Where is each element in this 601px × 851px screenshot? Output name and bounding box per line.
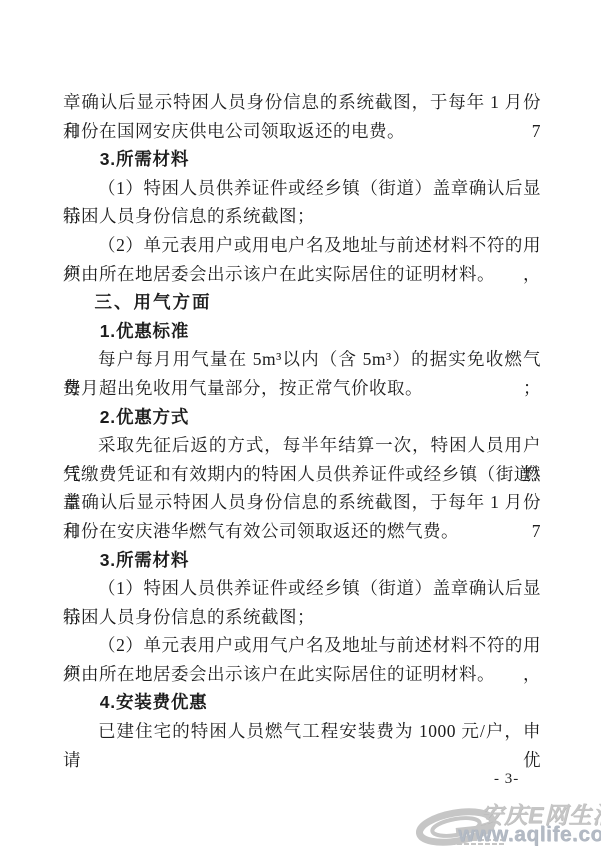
watermark-site-url: www.aqlife.com	[458, 823, 601, 847]
line-electricity-material-1b: 特困人员身份信息的系统截图；	[63, 202, 541, 231]
line-electricity-material-1a: （1）特困人员供养证件或经乡镇（街道）盖章确认后显示	[63, 174, 541, 203]
heading-required-materials-gas: 3.所需材料	[63, 546, 541, 575]
line-gas-material-2a: （2）单元表用户或用气户名及地址与前述材料不符的用户，	[63, 631, 541, 660]
line-gas-method-1: 采取先征后返的方式，每半年结算一次，特困人员用户凭燃	[63, 431, 541, 460]
heading-installation-fee-discount: 4.安装费优惠	[63, 688, 541, 717]
heading-discount-standard: 1.优惠标准	[63, 317, 541, 346]
document-page: { "document": { "lines": [ { "text": "章确…	[0, 0, 601, 851]
document-body: 章确认后显示特困人员身份信息的系统截图，于每年 1 月份和 7 月份在国网安庆供…	[63, 88, 541, 746]
section-heading-gas: 三、用气方面	[63, 288, 541, 317]
line-gas-standard-1: 每户每月用气量在 5m³以内（含 5m³）的据实免收燃气费；	[63, 345, 541, 374]
line-gas-material-2b: 须由所在地居委会出示该户在此实际居住的证明材料。	[63, 660, 541, 689]
watermark-aqlife: 安庆E网生活 www.aqlife.com	[416, 797, 601, 851]
line-gas-method-2: 气缴费凭证和有效期内的特困人员供养证件或经乡镇（街道）盖	[63, 460, 541, 489]
line-electricity-material-2b: 须由所在地居委会出示该户在此实际居住的证明材料。	[63, 260, 541, 289]
line-installation-fee-1: 已建住宅的特困人员燃气工程安装费为 1000 元/户，申请优	[63, 717, 541, 746]
line-electricity-refund-1: 章确认后显示特困人员身份信息的系统截图，于每年 1 月份和 7	[63, 88, 541, 117]
line-gas-material-1a: （1）特困人员供养证件或经乡镇（街道）盖章确认后显示	[63, 574, 541, 603]
line-gas-method-3: 章确认后显示特困人员身份信息的系统截图，于每年 1 月份和 7	[63, 488, 541, 517]
heading-required-materials-electricity: 3.所需材料	[63, 145, 541, 174]
line-gas-material-1b: 特困人员身份信息的系统截图；	[63, 603, 541, 632]
line-electricity-material-2a: （2）单元表用户或用电户名及地址与前述材料不符的用户，	[63, 231, 541, 260]
heading-discount-method: 2.优惠方式	[63, 403, 541, 432]
page-number: - 3-	[494, 771, 519, 788]
